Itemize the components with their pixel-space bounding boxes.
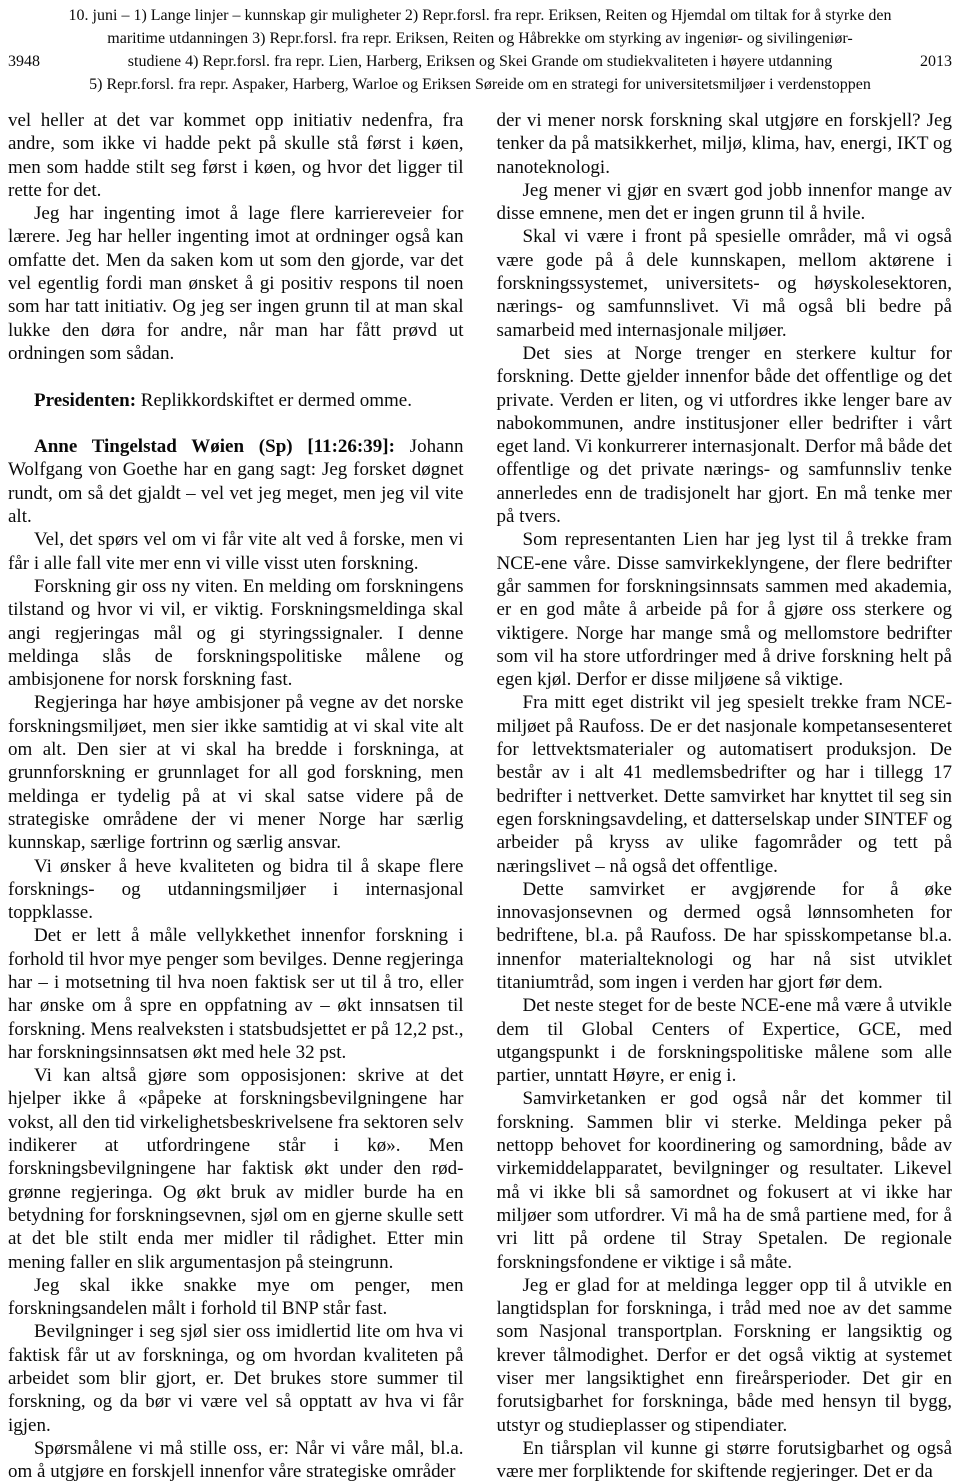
header-year: 2013	[920, 50, 952, 73]
paragraph: Det neste steget for de beste NCE-ene må…	[497, 994, 953, 1087]
paragraph: Jeg er glad for at meldinga legger opp t…	[497, 1274, 953, 1437]
paragraph: Dette samvirket er avgjørende for å øke …	[497, 878, 953, 994]
paragraph: Regjeringa har høye ambisjoner på vegne …	[8, 691, 464, 854]
paragraph: Vi kan altså gjøre som opposisjonen: skr…	[8, 1064, 464, 1274]
paragraph: Fra mitt eget distrikt vil jeg spesielt …	[497, 691, 953, 877]
page-header: 10. juni – 1) Lange linjer – kunnskap gi…	[8, 4, 952, 96]
two-column-body: vel heller at det var kommet opp initiat…	[8, 109, 952, 1482]
paragraph: Jeg mener vi gjør en svært god jobb inne…	[497, 179, 953, 226]
paragraph: Jeg har ingenting imot å lage flere karr…	[8, 202, 464, 365]
speaker-name: Presidenten:	[34, 390, 136, 411]
paragraph: Det er lett å måle vellykkethet innenfor…	[8, 924, 464, 1064]
paragraph: Jeg skal ikke snakke mye om penger, men …	[8, 1274, 464, 1321]
paragraph: Presidenten: Replikkordskiftet er dermed…	[8, 389, 464, 412]
paragraph: Skal vi være i front på spesielle område…	[497, 225, 953, 341]
speaker-name: Anne Tingelstad Wøien (Sp) [11:26:39]:	[34, 436, 395, 457]
page-number: 3948	[8, 50, 40, 73]
paragraph: der vi mener norsk forskning skal utgjør…	[497, 109, 953, 179]
paragraph: En tiårsplan vil kunne gi større forutsi…	[497, 1437, 953, 1482]
paragraph: Vi ønsker å heve kvaliteten og bidra til…	[8, 855, 464, 925]
paragraph: Vel, det spørs vel om vi får vite alt ve…	[8, 528, 464, 575]
paragraph: Anne Tingelstad Wøien (Sp) [11:26:39]: J…	[8, 435, 464, 528]
paragraph: vel heller at det var kommet opp initiat…	[8, 109, 464, 202]
document-page: 10. juni – 1) Lange linjer – kunnskap gi…	[0, 0, 960, 1482]
paragraph: Bevilgninger i seg sjøl sier oss imidler…	[8, 1320, 464, 1436]
paragraph: Spørsmålene vi må stille oss, er: Når vi…	[8, 1437, 464, 1482]
right-column: der vi mener norsk forskning skal utgjør…	[497, 109, 953, 1482]
header-line-1: 10. juni – 1) Lange linjer – kunnskap gi…	[8, 4, 952, 27]
paragraph: Samvirketanken er god også når det komme…	[497, 1087, 953, 1273]
header-line-4: 5) Repr.forsl. fra repr. Aspaker, Harber…	[8, 73, 952, 96]
left-column: vel heller at det var kommet opp initiat…	[8, 109, 464, 1482]
header-line-3: studiene 4) Repr.forsl. fra repr. Lien, …	[128, 53, 832, 70]
paragraph: Som representanten Lien har jeg lyst til…	[497, 528, 953, 691]
header-line-3-row: 3948 studiene 4) Repr.forsl. fra repr. L…	[8, 50, 952, 73]
paragraph: Det sies at Norge trenger en sterkere ku…	[497, 342, 953, 528]
header-line-2: maritime utdanningen 3) Repr.forsl. fra …	[8, 27, 952, 50]
paragraph: Forskning gir oss ny viten. En melding o…	[8, 575, 464, 691]
